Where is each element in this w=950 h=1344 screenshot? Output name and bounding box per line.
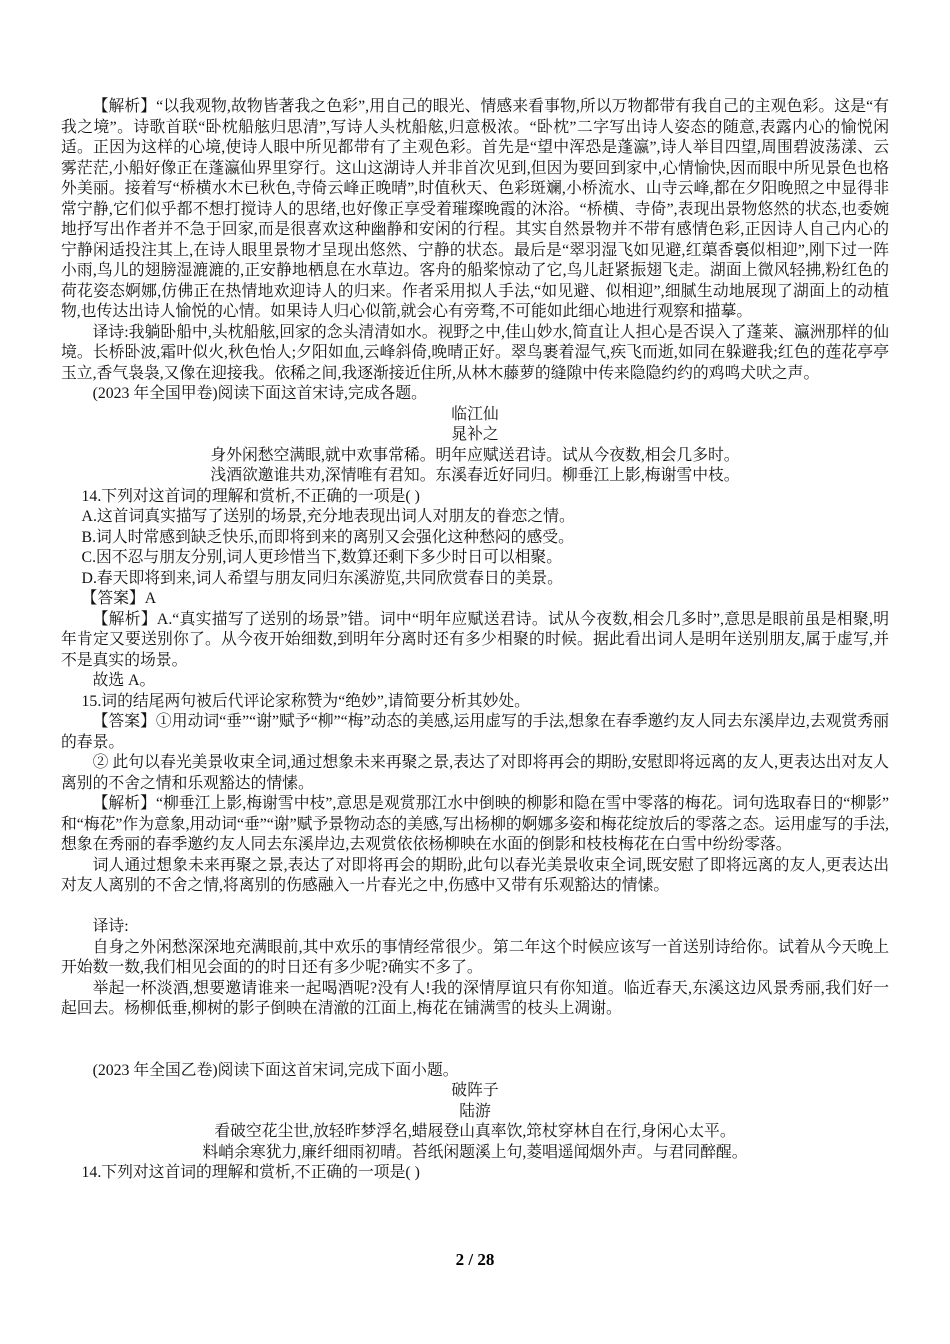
source-2023-quanguo-jia: (2023 年全国甲卷)阅读下面这首宋诗,完成各题。	[61, 384, 889, 405]
analysis-prev-question: 【解析】“以我观物,故物皆著我之色彩”,用自己的眼光、情感来看事物,所以万物都带…	[61, 97, 889, 323]
answer-15-point-1: 【答案】①用动词“垂”“谢”赋予“柳”“梅”动态的美感,运用虚写的手法,想象在春…	[61, 712, 889, 753]
answer-15-point-2: ② 此句以春光美景收束全词,通过想象未来再聚之景,表达了对即将再会的期盼,安慰即…	[61, 753, 889, 794]
option-a: A.这首词真实描写了送别的场景,充分地表现出词人对朋友的眷恋之情。	[61, 507, 889, 528]
blank-line	[61, 1020, 889, 1041]
analysis-15-para-2: 词人通过想象未来再聚之景,表达了对即将再会的期盼,此句以春光美景收束全词,既安慰…	[61, 856, 889, 897]
poem-title-pozhenzi: 破阵子	[61, 1081, 889, 1102]
translation-15-para-2: 举起一杯淡酒,想要邀请谁来一起喝酒呢?没有人!我的深情厚谊只有你知道。临近春天,…	[61, 979, 889, 1020]
option-d: D.春天即将到来,词人希望与朋友同归东溪游览,共同欣赏春日的美景。	[61, 569, 889, 590]
blank-line	[61, 897, 889, 918]
blank-line	[61, 1040, 889, 1061]
conclusion-14: 故选 A。	[61, 671, 889, 692]
poem-author-chaobuzhi: 晁补之	[61, 425, 889, 446]
pozhenzi-line-1: 看破空花尘世,放轻昨梦浮名,蜡屐登山真率饮,筇杖穿林自在行,身闲心太平。	[61, 1122, 889, 1143]
source-2023-quanguo-yi: (2023 年全国乙卷)阅读下面这首宋词,完成下面小题。	[61, 1061, 889, 1082]
document-page: 【解析】“以我观物,故物皆著我之色彩”,用自己的眼光、情感来看事物,所以万物都带…	[0, 0, 950, 1344]
linjiangxian-line-2: 浅酒欲邀谁共劝,深情唯有君知。东溪春近好同归。柳垂江上影,梅谢雪中枝。	[61, 466, 889, 487]
answer-14: 【答案】A	[61, 589, 889, 610]
translation-label: 译诗:	[61, 917, 889, 938]
question-14-second-poem: 14.下列对这首词的理解和赏析,不正确的一项是( )	[61, 1163, 889, 1184]
poem-title-linjiangxian: 临江仙	[61, 405, 889, 426]
translation-15-para-1: 自身之外闲愁深深地充满眼前,其中欢乐的事情经常很少。第二年这个时候应该写一首送别…	[61, 938, 889, 979]
analysis-14: 【解析】A.“真实描写了送别的场景”错。词中“明年应赋送君诗。试从今夜数,相会几…	[61, 610, 889, 672]
analysis-15-para-1: 【解析】“柳垂江上影,梅谢雪中枝”,意思是观赏那江水中倒映的柳影和隐在雪中零落的…	[61, 794, 889, 856]
option-c: C.因不忍与朋友分别,词人更珍惜当下,数算还剩下多少时日可以相聚。	[61, 548, 889, 569]
translation-prev-poem: 译诗:我躺卧船中,头枕船舷,回家的念头清清如水。视野之中,佳山妙水,简直让人担心…	[61, 323, 889, 385]
poem-author-luyou: 陆游	[61, 1102, 889, 1123]
linjiangxian-line-1: 身外闲愁空满眼,就中欢事常稀。明年应赋送君诗。试从今夜数,相会几多时。	[61, 446, 889, 467]
question-14: 14.下列对这首词的理解和赏析,不正确的一项是( )	[61, 487, 889, 508]
question-15: 15.词的结尾两句被后代评论家称赞为“绝妙”,请简要分析其妙处。	[61, 692, 889, 713]
pozhenzi-line-2: 料峭余寒犹力,廉纤细雨初晴。苔纸闲题溪上句,菱唱遥闻烟外声。与君同醉醒。	[61, 1143, 889, 1164]
document-body: 【解析】“以我观物,故物皆著我之色彩”,用自己的眼光、情感来看事物,所以万物都带…	[61, 97, 889, 1184]
page-number: 2 / 28	[0, 1250, 950, 1270]
option-b: B.词人时常感到缺乏快乐,而即将到来的离别又会强化这种愁闷的感受。	[61, 528, 889, 549]
